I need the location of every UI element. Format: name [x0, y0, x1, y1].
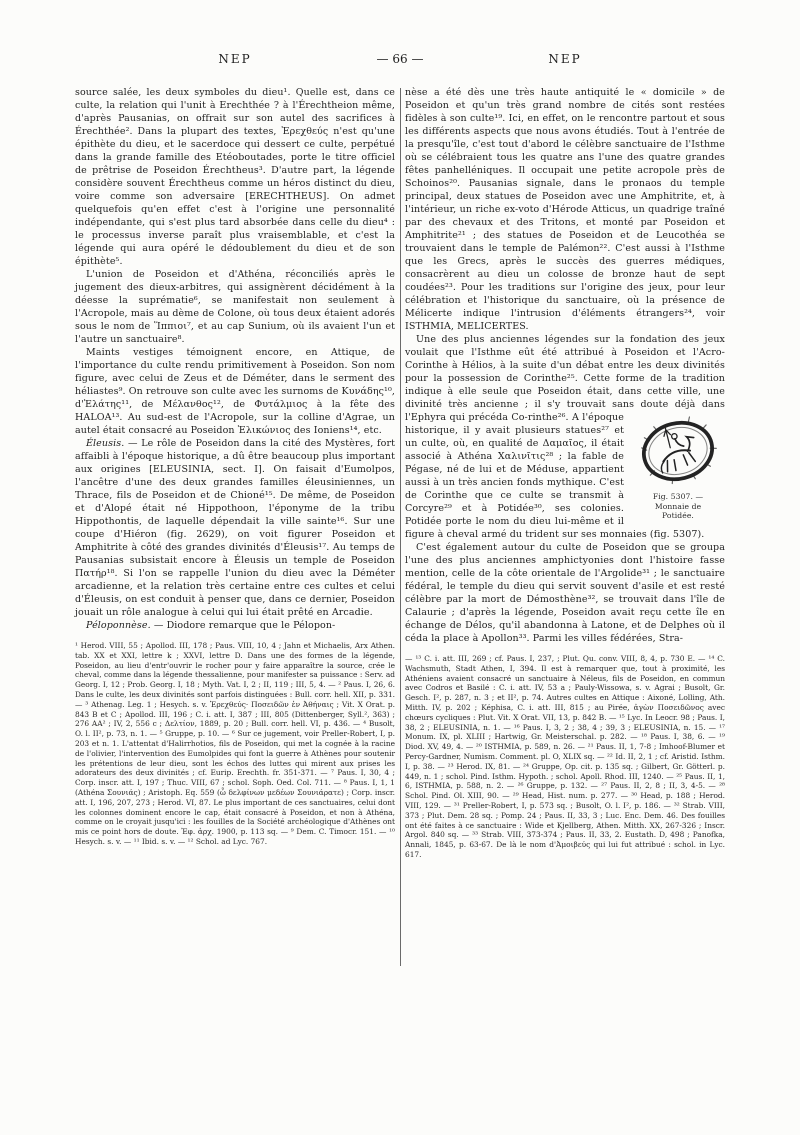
- paragraph: source salée, les deux symboles du dieu¹…: [75, 86, 395, 268]
- paragraph-text: — Diodore remarque que le Pélopon-: [151, 620, 336, 631]
- figure-caption-line: Monnaie de: [631, 502, 725, 512]
- running-title-right: NEP: [405, 52, 725, 66]
- paragraph: Maints vestiges témoignent encore, en At…: [75, 346, 395, 437]
- figure-caption: Fig. 5307. —Monnaie dePotidée.: [631, 492, 725, 521]
- text-column-right: nèse a été dès une très haute antiquité …: [405, 86, 725, 860]
- paragraph-text: Une des plus anciennes légendes sur la f…: [405, 334, 725, 423]
- paragraph-lead: Éleusis.: [86, 438, 124, 449]
- column-divider: [400, 88, 401, 966]
- paragraph: Péloponnèse. — Diodore remarque que le P…: [75, 619, 395, 632]
- coin-engraving: [636, 412, 720, 490]
- footnotes-right: — ¹³ C. i. att. III, 269 ; cf. Paus. I, …: [405, 654, 725, 860]
- paragraph-lead: Péloponnèse.: [86, 620, 151, 631]
- paragraph: C'est également autour du culte de Posei…: [405, 541, 725, 645]
- paragraph: Éleusis. — Le rôle de Poseidon dans la c…: [75, 437, 395, 619]
- page-header: NEP — 66 — NEP: [0, 52, 800, 70]
- paragraph: Une des plus anciennes légendes sur la f…: [405, 333, 725, 541]
- text-column-left: source salée, les deux symboles du dieu¹…: [75, 86, 395, 847]
- paragraph: nèse a été dès une très haute antiquité …: [405, 86, 725, 333]
- paragraph-text: — Le rôle de Poseidon dans la cité des M…: [75, 438, 395, 618]
- paragraph: L'union de Poseidon et d'Athéna, réconci…: [75, 268, 395, 346]
- figure-caption-line: Potidée.: [631, 511, 725, 521]
- figure-caption-line: Fig. 5307. —: [631, 492, 725, 502]
- figure-coin: Fig. 5307. —Monnaie dePotidée.: [631, 412, 725, 521]
- footnotes-left: ¹ Herod. VIII, 55 ; Apollod. III, 178 ; …: [75, 641, 395, 847]
- scanned-encyclopedia-page: NEP — 66 — NEP source salée, les deux sy…: [0, 0, 800, 1135]
